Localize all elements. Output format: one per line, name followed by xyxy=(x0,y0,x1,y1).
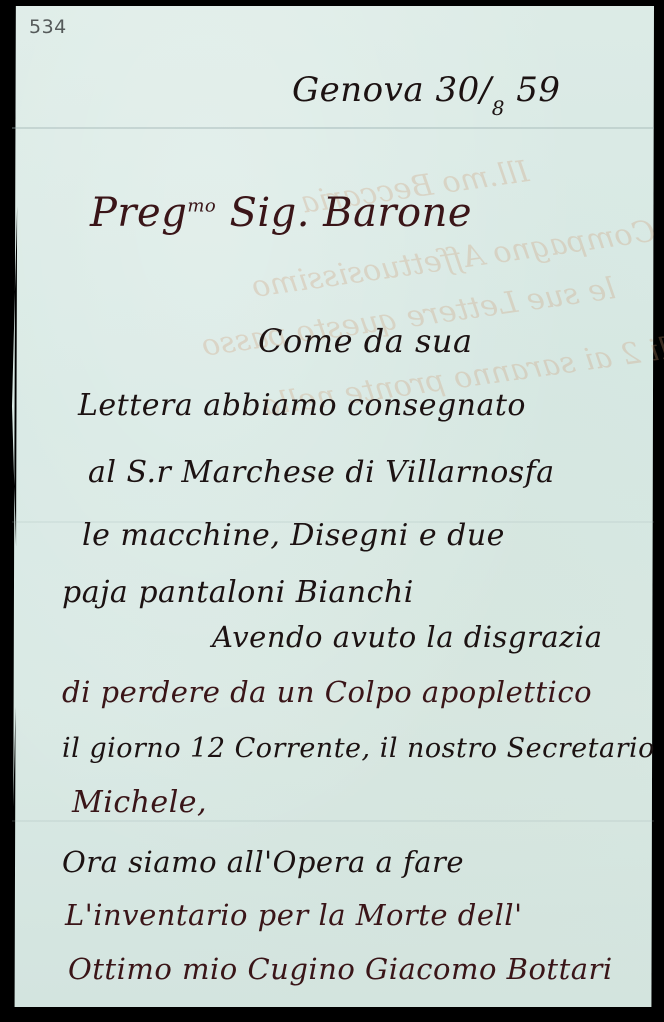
body-line: di perdere da un Colpo apoplettico xyxy=(62,675,592,709)
body-line: Michele, xyxy=(72,785,207,820)
date-place: Genova xyxy=(292,70,424,110)
paper-fold-line xyxy=(12,127,654,129)
body-line: Come da sua xyxy=(258,322,473,360)
body-line: L'inventario per la Morte dell' xyxy=(65,898,523,932)
date-day: 30 xyxy=(435,70,479,110)
body-line: paja pantaloni Bianchi xyxy=(62,575,414,610)
letter-date: Genova 30/8 59 xyxy=(292,70,561,120)
salutation: Pregmo Sig. Barone xyxy=(90,190,472,236)
paper-fold-line xyxy=(12,820,654,822)
body-line: al S.r Marchese di Villarnosfa xyxy=(88,455,555,490)
archive-number: 534 xyxy=(29,16,67,38)
body-line: Avendo avuto la disgrazia xyxy=(212,620,602,654)
body-line: Lettera abbiamo consegnato xyxy=(78,388,526,423)
salutation-superscript: mo xyxy=(187,196,216,217)
salutation-prefix: Preg xyxy=(90,190,187,236)
body-line: Ora siamo all'Opera a fare xyxy=(62,845,464,879)
date-year: 59 xyxy=(516,70,560,110)
body-line: Ottimo mio Cugino Giacomo Bottari xyxy=(68,952,613,986)
body-line: le macchine, Disegni e due xyxy=(82,518,505,553)
salutation-text: Sig. Barone xyxy=(229,190,472,236)
body-line: il giorno 12 Corrente, il nostro Secreta… xyxy=(62,733,655,764)
date-month: 8 xyxy=(492,96,505,120)
